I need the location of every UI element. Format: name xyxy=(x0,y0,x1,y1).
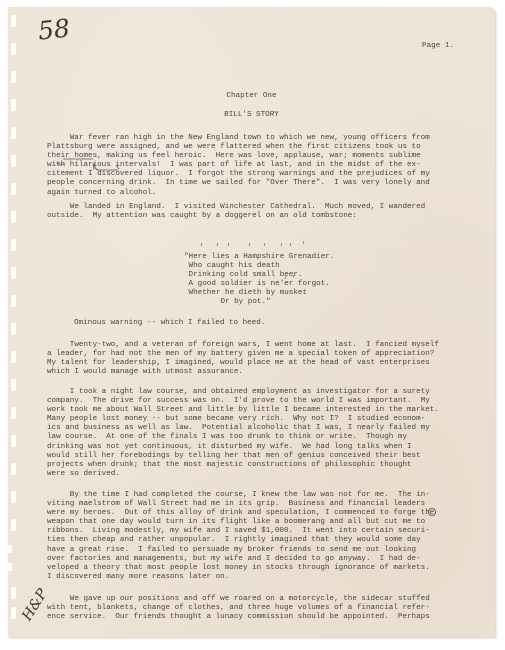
text-line: We gave up our positions and off we roar… xyxy=(47,595,477,604)
text-line: which I would manage with utmost assuran… xyxy=(47,368,477,377)
text-line: veloped a theory that most people lost m… xyxy=(47,564,477,573)
text-line: ribbons. Living modestly, my wife and I … xyxy=(47,527,477,536)
tombstone-verse: "Here lies a Hampshire Grenadier. Who ca… xyxy=(184,253,334,308)
text-line: a leader, for had not the men of my batt… xyxy=(47,350,477,359)
verse-line: Who caught his death xyxy=(184,262,334,271)
verse-line: Or by pot." xyxy=(184,298,334,307)
text-line: have a great rise. I failed to persuade … xyxy=(47,546,477,555)
paragraph-motorcycle: We gave up our positions and off we roar… xyxy=(47,595,477,622)
text-line: By the time I had completed the course, … xyxy=(47,491,477,500)
text-line: law course. At one of the finals I was t… xyxy=(47,433,477,442)
text-line: projects when drunk; that the most majes… xyxy=(47,461,477,470)
typewritten-manuscript-page: 58 Page 1. Chapter One BILL'S STORY War … xyxy=(8,7,495,637)
verse-line: "Here lies a Hampshire Grenadier. xyxy=(184,253,334,262)
paragraph-england: We landed in England. I visited Winchest… xyxy=(47,203,477,221)
paragraph-ominous-warning: Ominous warning -- which I failed to hee… xyxy=(74,319,504,328)
text-line: were so derived. xyxy=(47,470,477,479)
text-line: company. The drive for success was on. I… xyxy=(47,397,477,406)
text-line: Many people lost money -- but some becam… xyxy=(47,415,477,424)
verse-line: Drinking cold small beer. xyxy=(184,271,334,280)
text-line: viting maelstrom of Wall Street had me i… xyxy=(47,500,477,509)
text-line: outside. My attention was caught by a do… xyxy=(47,212,477,221)
text-line: over factories and managements, but my w… xyxy=(47,555,477,564)
text-line: I took a night law course, and obtained … xyxy=(47,388,477,397)
text-line: Ominous warning -- which I failed to hee… xyxy=(74,319,504,328)
verse-line: A good soldier is ne'er forgot. xyxy=(184,280,334,289)
text-line: ties then cheap and rather unpopular. I … xyxy=(47,536,477,545)
text-line: would still her forebodings by telling h… xyxy=(47,452,477,461)
text-line: drinking was not yet continuous, it dist… xyxy=(47,443,477,452)
text-line: with tent, blankets, change of clothes, … xyxy=(47,604,477,613)
text-line: ence service. Our friends thought a luna… xyxy=(47,613,477,622)
text-line: Twenty-two, and a veteran of foreign war… xyxy=(47,341,477,350)
text-line: were my heroes. Out of this alloy of dri… xyxy=(47,509,477,518)
text-line: My talent for leadership, I imagined, wo… xyxy=(47,359,477,368)
paragraph-law-course: I took a night law course, and obtained … xyxy=(47,388,477,479)
paragraph-wall-street: By the time I had completed the course, … xyxy=(47,491,477,582)
paragraph-twenty-two: Twenty-two, and a veteran of foreign war… xyxy=(47,341,477,377)
text-line: weapon that one day would turn in its fl… xyxy=(47,518,477,527)
text-line: I discovered many more reasons later on. xyxy=(47,573,477,582)
text-line: ics and business as well as law. Potenti… xyxy=(47,424,477,433)
text-line: work took me about Wall Street and littl… xyxy=(47,406,477,415)
text-line: We landed in England. I visited Winchest… xyxy=(47,203,477,212)
verse-line: Whether he dieth by musket xyxy=(184,289,334,298)
